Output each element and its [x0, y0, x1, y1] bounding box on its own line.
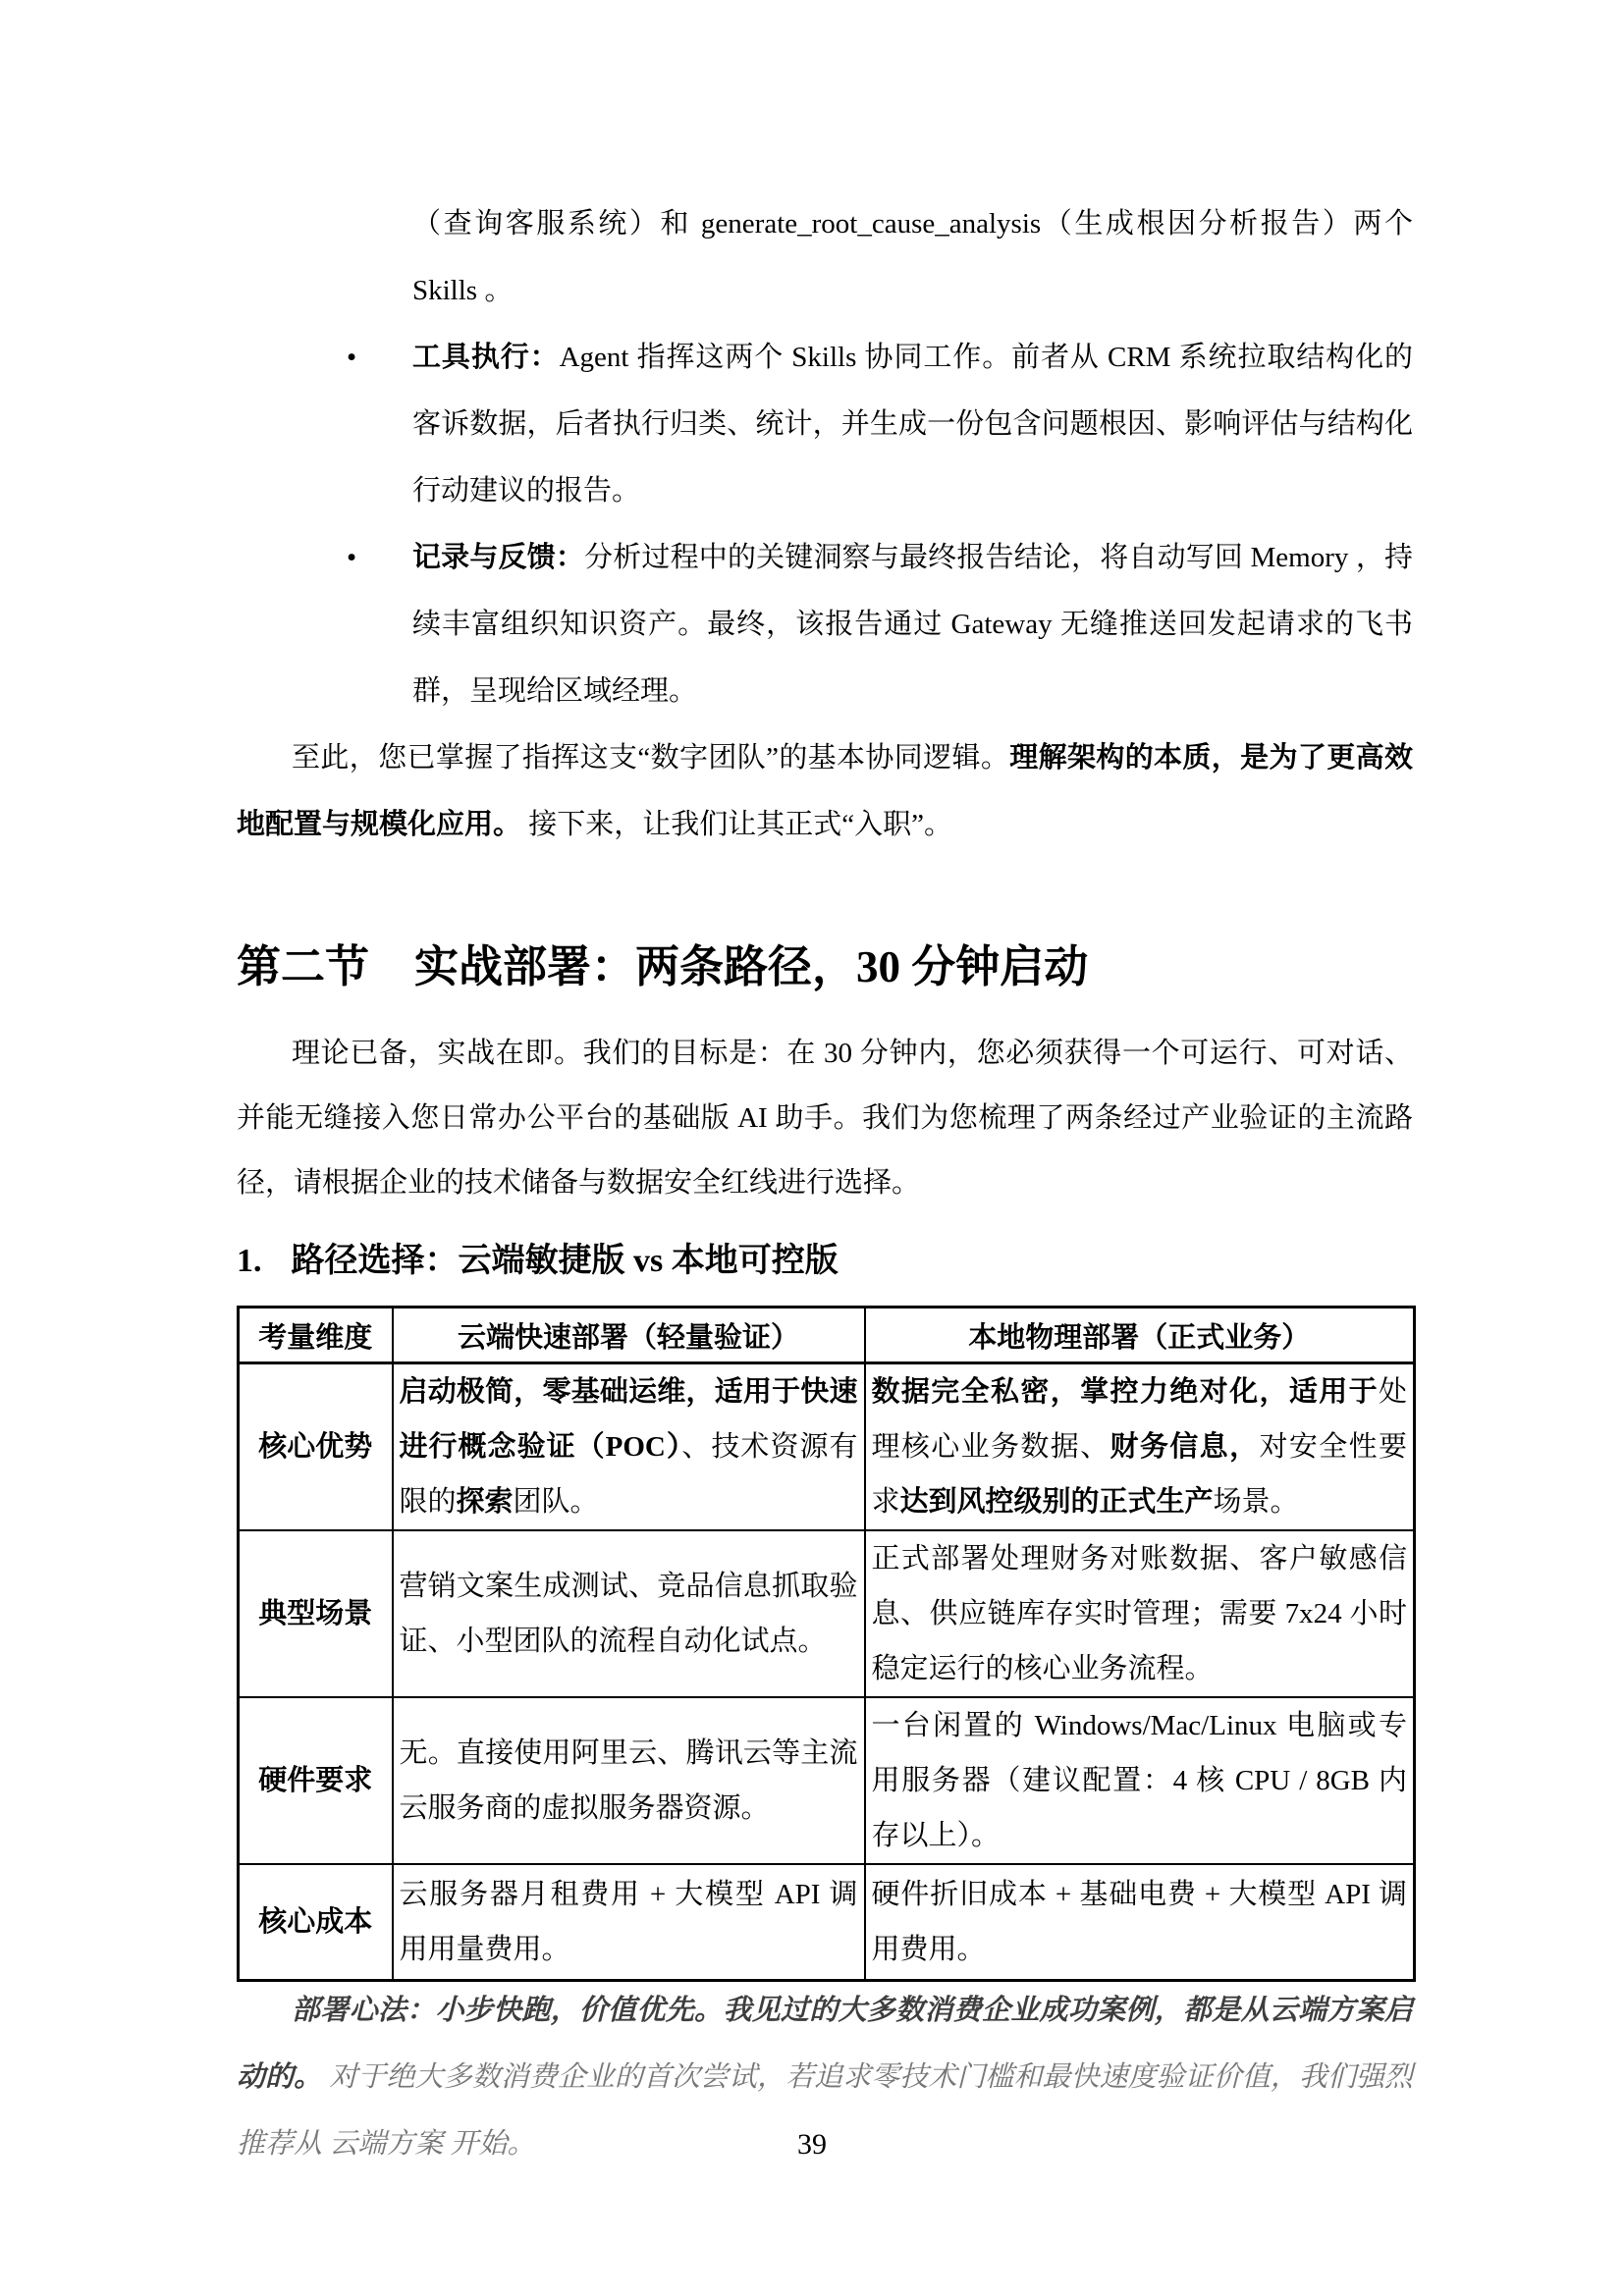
cell-text-bold: 数据完全私密，掌控力绝对化，适用于 — [872, 1376, 1379, 1408]
cell-text-bold: 探索 — [457, 1486, 514, 1518]
table-row-typical-scenario: 典型场景 营销文案生成测试、竞品信息抓取验证、小型团队的流程自动化试点。 正式部… — [239, 1530, 1415, 1697]
cell-cloud-advantage: 启动极简，零基础运维，适用于快速进行概念验证（POC）、技术资源有限的探索团队。 — [393, 1363, 865, 1531]
closing-paragraph-text: 至此，您已掌握了指挥这支“数字团队”的基本协同逻辑。 — [292, 742, 1009, 774]
row-label: 核心成本 — [239, 1864, 393, 1980]
list-item-tool-execution: • 工具执行：Agent 指挥这两个 Skills 协同工作。前者从 CRM 系… — [237, 324, 1413, 524]
table-header-row: 考量维度 云端快速部署（轻量验证） 本地物理部署（正式业务） — [239, 1308, 1415, 1363]
cell-cloud-hardware: 无。直接使用阿里云、腾讯云等主流云服务商的虚拟服务器资源。 — [393, 1697, 865, 1864]
bullet-icon: • — [347, 324, 356, 391]
cell-text: 硬件折旧成本 + 基础电费 + 大模型 API 调用费用。 — [872, 1879, 1408, 1965]
table-row-hardware-requirement: 硬件要求 无。直接使用阿里云、腾讯云等主流云服务商的虚拟服务器资源。 一台闲置的… — [239, 1697, 1415, 1864]
cell-text-bold: 达到风控级别的正式生产 — [900, 1486, 1214, 1518]
row-label: 核心优势 — [239, 1363, 393, 1531]
list-item-label: 记录与反馈： — [412, 542, 584, 573]
cell-local-cost: 硬件折旧成本 + 基础电费 + 大模型 API 调用费用。 — [865, 1864, 1415, 1980]
comparison-table: 考量维度 云端快速部署（轻量验证） 本地物理部署（正式业务） 核心优势 启动极简… — [237, 1306, 1416, 1982]
list-item-record-feedback: • 记录与反馈：分析过程中的关键洞察与最终报告结论，将自动写回 Memory ，… — [237, 524, 1413, 724]
closing-paragraph: 至此，您已掌握了指挥这支“数字团队”的基本协同逻辑。理解架构的本质，是为了更高效… — [237, 724, 1413, 858]
cell-local-hardware: 一台闲置的 Windows/Mac/Linux 电脑或专用服务器（建议配置：4 … — [865, 1697, 1415, 1864]
cell-text-bold: 财务信息， — [1110, 1431, 1260, 1463]
table-header-dimension: 考量维度 — [239, 1308, 393, 1363]
subsection-number: 1. — [237, 1243, 262, 1279]
row-label: 硬件要求 — [239, 1697, 393, 1864]
page-number: 39 — [0, 2128, 1624, 2162]
closing-paragraph-text: 接下来，让我们让其正式“入职”。 — [521, 809, 952, 840]
subsection-heading: 1.路径选择：云端敏捷版 vs 本地可控版 — [237, 1233, 839, 1281]
list-item-label: 工具执行： — [412, 342, 560, 373]
intro-paragraph: 理论已备，实战在即。我们的目标是：在 30 分钟内，您必须获得一个可运行、可对话… — [237, 1021, 1413, 1215]
top-text-block: （查询客服系统）和 generate_root_cause_analysis（生… — [237, 190, 1413, 858]
table-row-core-advantage: 核心优势 启动极简，零基础运维，适用于快速进行概念验证（POC）、技术资源有限的… — [239, 1363, 1415, 1531]
cell-local-advantage: 数据完全私密，掌控力绝对化，适用于处理核心业务数据、财务信息，对安全性要求达到风… — [865, 1363, 1415, 1531]
document-page: （查询客服系统）和 generate_root_cause_analysis（生… — [0, 0, 1624, 2296]
cell-text: 无。直接使用阿里云、腾讯云等主流云服务商的虚拟服务器资源。 — [400, 1737, 858, 1824]
list-continuation-text: （查询客服系统）和 generate_root_cause_analysis（生… — [412, 208, 1413, 306]
section-heading: 第二节实战部署：两条路径，30 分钟启动 — [237, 931, 1088, 994]
cell-local-scenario: 正式部署处理财务对账数据、客户敏感信息、供应链库存实时管理；需要 7x24 小时… — [865, 1530, 1415, 1697]
cell-text: 营销文案生成测试、竞品信息抓取验证、小型团队的流程自动化试点。 — [400, 1571, 858, 1657]
cell-cloud-cost: 云服务器月租费用 + 大模型 API 调用用量费用。 — [393, 1864, 865, 1980]
list-item-text: Agent 指挥这两个 Skills 协同工作。前者从 CRM 系统拉取结构化的… — [412, 342, 1413, 507]
cell-text: 云服务器月租费用 + 大模型 API 调用用量费用。 — [400, 1879, 858, 1965]
row-label: 典型场景 — [239, 1530, 393, 1697]
section-title: 实战部署：两条路径，30 分钟启动 — [414, 942, 1088, 991]
cell-text: 场景。 — [1214, 1486, 1299, 1518]
section-number: 第二节 — [237, 942, 369, 991]
cell-text: 团队。 — [514, 1486, 599, 1518]
cell-cloud-scenario: 营销文案生成测试、竞品信息抓取验证、小型团队的流程自动化试点。 — [393, 1530, 865, 1697]
table-header-cloud: 云端快速部署（轻量验证） — [393, 1308, 865, 1363]
cell-text: 正式部署处理财务对账数据、客户敏感信息、供应链库存实时管理；需要 7x24 小时… — [872, 1543, 1408, 1684]
bullet-icon: • — [347, 524, 356, 591]
table-row-core-cost: 核心成本 云服务器月租费用 + 大模型 API 调用用量费用。 硬件折旧成本 +… — [239, 1864, 1415, 1980]
subsection-title: 路径选择：云端敏捷版 vs 本地可控版 — [292, 1243, 839, 1279]
cell-text: 一台闲置的 Windows/Mac/Linux 电脑或专用服务器（建议配置：4 … — [872, 1710, 1408, 1851]
list-continuation-paragraph: （查询客服系统）和 generate_root_cause_analysis（生… — [237, 190, 1413, 324]
table-header-local: 本地物理部署（正式业务） — [865, 1308, 1415, 1363]
